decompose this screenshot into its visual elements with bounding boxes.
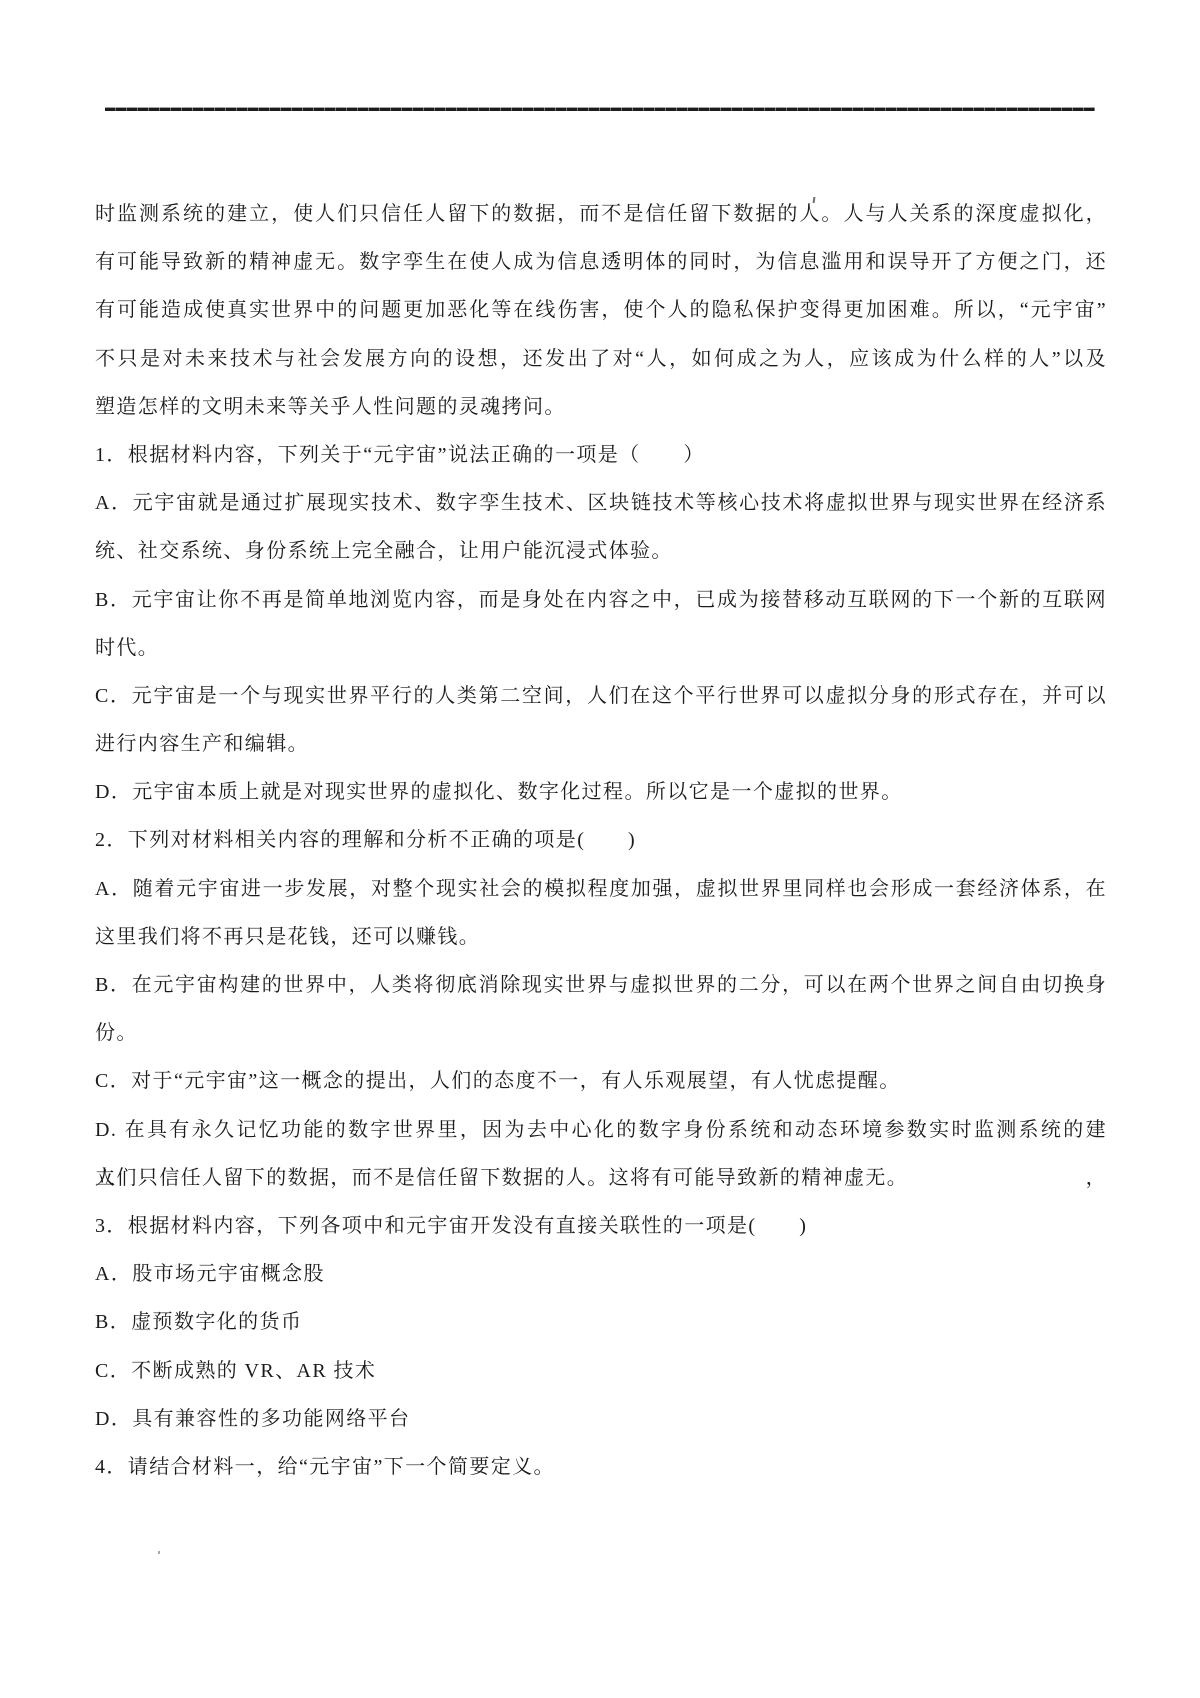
question-3-option-line: C．不断成熟的 VR、AR 技术 <box>95 1347 1107 1395</box>
passage-line: 有可能造成使真实世界中的问题更加恶化等在线伤害，使个人的隐私保护变得更加困难。所… <box>95 286 1107 334</box>
document-body: 时监测系统的建立，使人们只信任人留下的数据，而不是信任留下数据的人。人与人关系的… <box>95 190 1107 1491</box>
question-1-stem: 1．根据材料内容，下列关于“元宇宙”说法正确的一项是（ ） <box>95 431 1107 479</box>
question-2-option-line: B．在元宇宙构建的世界中，人类将彻底消除现实世界与虚拟世界的二分，可以在两个世界… <box>95 961 1107 1009</box>
question-3-option-line: D．具有兼容性的多功能网络平台 <box>95 1395 1107 1443</box>
question-1-option-line: 时代。 <box>95 624 1107 672</box>
question-1-option-line: D．元宇宙本质上就是对现实世界的虚拟化、数字化过程。所以它是一个虚拟的世界。 <box>95 768 1107 816</box>
question-1-option-line: 统、社交系统、身份系统上完全融合，让用户能沉浸式体验。 <box>95 527 1107 575</box>
passage-line: 时监测系统的建立，使人们只信任人留下的数据，而不是信任留下数据的人。人与人关系的… <box>95 190 1107 238</box>
question-2-option-line: A．随着元宇宙进一步发展，对整个现实社会的模拟程度加强，虚拟世界里同样也会形成一… <box>95 865 1107 913</box>
question-4-stem: 4．请结合材料一，给“元宇宙”下一个简要定义。 <box>95 1443 1107 1491</box>
question-2-option-line: C．对于“元宇宙”这一概念的提出，人们的态度不一，有人乐观展望，有人忧虑提醒。 <box>95 1057 1107 1105</box>
question-3-option-line: B．虚预数字化的货币 <box>95 1298 1107 1346</box>
question-2-option-line: 这里我们将不再只是花钱，还可以赚钱。 <box>95 913 1107 961</box>
passage-line: 不只是对未来技术与社会发展方向的设想，还发出了对“人，如何成之为人，应该成为什么… <box>95 335 1107 383</box>
scan-artifact-speck <box>158 1551 160 1554</box>
page-divider-line <box>105 107 1095 111</box>
question-1-option-line: B．元宇宙让你不再是简单地浏览内容，而是身处在内容之中，已成为接替移动互联网的下… <box>95 576 1107 624</box>
question-2-option-line: D. 在具有永久记忆功能的数字世界里，因为去中心化的数字身份系统和动态环境参数实… <box>95 1106 1107 1154</box>
question-3-stem: 3．根据材料内容，下列各项中和元宇宙开发没有直接关联性的一项是( ) <box>95 1202 1107 1250</box>
question-1-option-line: 进行内容生产和编辑。 <box>95 720 1107 768</box>
passage-line: 有可能导致新的精神虚无。数字孪生在使人成为信息透明体的同时，为信息滥用和误导开了… <box>95 238 1107 286</box>
question-1-option-line: C．元宇宙是一个与现实世界平行的人类第二空间，人们在这个平行世界可以虚拟分身的形… <box>95 672 1107 720</box>
question-2-stem: 2．下列对材料相关内容的理解和分析不正确的项是( ) <box>95 816 1107 864</box>
passage-line: 塑造怎样的文明未来等关乎人性问题的灵魂拷问。 <box>95 383 1107 431</box>
question-3-option-line: A．股市场元宇宙概念股 <box>95 1250 1107 1298</box>
question-1-option-line: A．元宇宙就是通过扩展现实技术、数字孪生技术、区块链技术等核心技术将虚拟世界与现… <box>95 479 1107 527</box>
question-2-option-line: 份。 <box>95 1009 1107 1057</box>
document-page: 时监测系统的建立，使人们只信任人留下的数据，而不是信任留下数据的人。人与人关系的… <box>0 0 1200 1698</box>
